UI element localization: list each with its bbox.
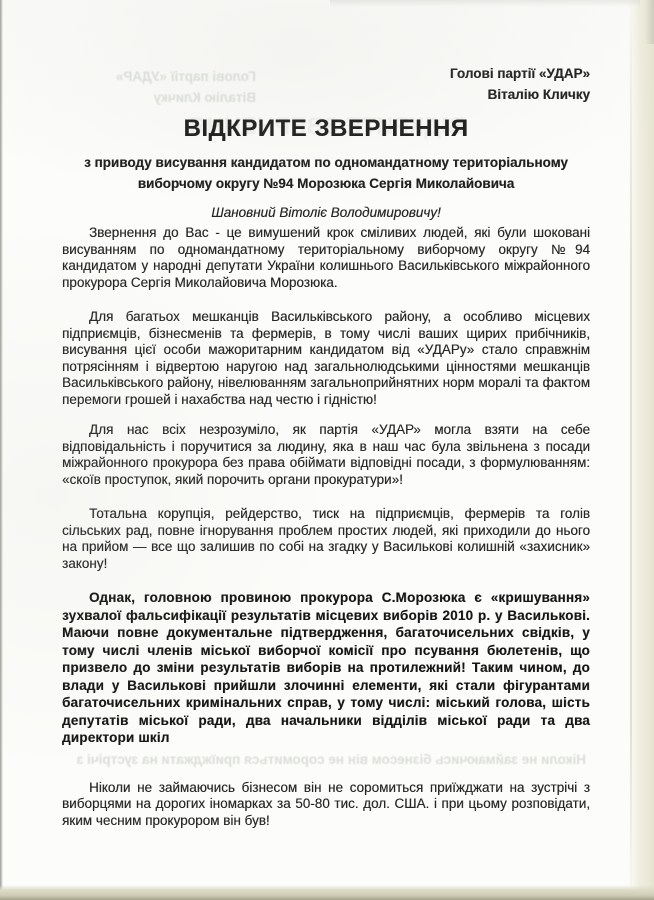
letter-subtitle: з приводу висування кандидатом по однома… [62,152,590,194]
scanned-letter-page: Голові партії «УДАР» Віталію Кличку ВІДК… [0,0,654,900]
letter-content: Голові партії «УДАР» Віталію Кличку ВІДК… [0,0,654,900]
recipient-block: Голові партії «УДАР» Віталію Кличку [62,63,590,105]
paragraph-3: Для нас всіх незрозуміло, як партія «УДА… [62,422,590,488]
paragraph-1: Звернення до Вас - це вимушений крок смі… [62,225,590,291]
paragraph-4: Тотальна корупція, рейдерство, тиск на п… [62,506,590,572]
recipient-line1: Голові партії «УДАР» [62,63,590,84]
paragraph-closing: Ніколи не займаючись бізнесом він не сор… [62,780,590,830]
letter-title: ВІДКРИТЕ ЗВЕРНЕННЯ [62,114,590,144]
paragraph-emphasis: Однак, головною провиною прокурора С.Мор… [62,589,590,747]
recipient-line2: Віталію Кличку [62,84,590,105]
paragraph-2: Для багатьох мешканців Васильківського р… [62,309,590,408]
salutation: Шановний Вітоліє Володимировичу! [62,204,590,222]
